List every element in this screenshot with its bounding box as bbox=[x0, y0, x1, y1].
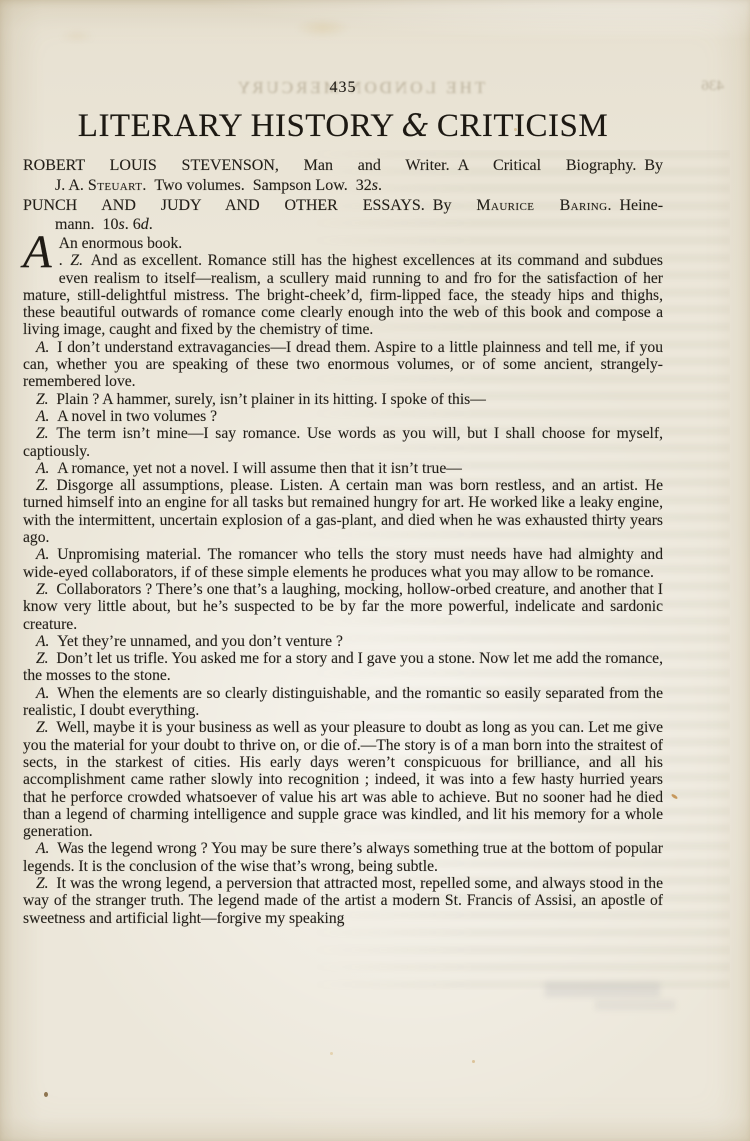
dialogue-paragraph: A. When the elements are so clearly dist… bbox=[23, 685, 663, 720]
speaker-label: Z. bbox=[36, 650, 49, 667]
dialogue-paragraph: A. A romance, yet not a novel. I will as… bbox=[23, 460, 663, 477]
dialogue-paragraph: A. Was the legend wrong ? You may be sur… bbox=[23, 840, 663, 875]
bibliography-text: . bbox=[149, 216, 153, 233]
speaker-label: A. bbox=[36, 339, 49, 356]
speaker-label: A. bbox=[36, 840, 49, 857]
dialogue-paragraph: A. Yet they’re unnamed, and you don’t ve… bbox=[23, 633, 663, 650]
ink-speck bbox=[671, 793, 678, 799]
section-title-text: CRITICISM bbox=[437, 108, 608, 144]
speaker-label: Z. bbox=[36, 719, 49, 736]
bibliography-text: . bbox=[378, 177, 382, 194]
dialogue-paragraph: Z. Disgorge all assumptions, please. Lis… bbox=[23, 477, 663, 546]
bibliography-text: ROBERT LOUIS STEVENSON, Man and Writer. … bbox=[23, 157, 663, 174]
speaker-label: A. bbox=[36, 408, 49, 425]
speaker-label: Z. bbox=[36, 425, 49, 442]
section-title: LITERARY HISTORY&CRITICISM bbox=[23, 108, 663, 145]
dialogue-paragraph: Z. Collaborators ? There’s one that’s a … bbox=[23, 581, 663, 633]
drop-cap: A bbox=[23, 235, 59, 270]
speaker-label: A. bbox=[36, 633, 49, 650]
bibliography-line: mann. 10s. 6d. bbox=[23, 215, 663, 235]
ink-speck bbox=[44, 1092, 48, 1097]
paper-stain bbox=[60, 30, 94, 42]
page-folio: 435 bbox=[23, 79, 663, 97]
opening-first-line: An enormous book. bbox=[59, 235, 182, 252]
dialogue-paragraph: Z. It was the wrong legend, a perversion… bbox=[23, 875, 663, 927]
dialogue-paragraph: Z. The term isn’t mine—I say romance. Us… bbox=[23, 425, 663, 460]
bleedthrough-smudge bbox=[595, 1000, 675, 1010]
bibliography-text: . Two volumes. Sampson Low. 32 bbox=[142, 177, 371, 194]
dialogue-paragraph: Z. Well, maybe it is your business as we… bbox=[23, 719, 663, 840]
bibliography-text: d bbox=[141, 216, 149, 233]
bibliography-line: PUNCH AND JUDY AND OTHER ESSAYS. By Maur… bbox=[23, 196, 663, 216]
dialogue-paragraph: Z. Plain ? A hammer, surely, isn’t plain… bbox=[23, 391, 663, 408]
ink-speck bbox=[330, 1052, 333, 1055]
bibliography-text: Maurice Baring bbox=[476, 197, 607, 214]
bibliography-text: . 6 bbox=[125, 216, 141, 233]
dialogue-paragraph: A. A novel in two volumes ? bbox=[23, 408, 663, 425]
bibliography-text: PUNCH AND JUDY AND OTHER ESSAYS. By bbox=[23, 197, 476, 214]
speaker-label: A. bbox=[36, 685, 49, 702]
bibliography-text: Steuart bbox=[88, 177, 142, 194]
bibliography-text: J. A. bbox=[55, 177, 88, 194]
dialogue-paragraph: Z. Don’t let us trifle. You asked me for… bbox=[23, 650, 663, 685]
bibliography-text: . Heine- bbox=[607, 197, 663, 214]
dialogue-opening-paragraph: AAn enormous book.. Z. And as excellent.… bbox=[23, 235, 663, 339]
speaker-label: Z. bbox=[36, 581, 49, 598]
speaker-label: Z. bbox=[36, 875, 49, 892]
bibliography-text: mann. 10 bbox=[55, 216, 119, 233]
speaker-label: Z. bbox=[36, 477, 49, 494]
speaker-label: A. bbox=[36, 460, 49, 477]
ampersand: & bbox=[402, 108, 430, 144]
paper-stain bbox=[295, 18, 350, 38]
speaker-label: Z. bbox=[36, 391, 49, 408]
bibliography-line: J. A. Steuart. Two volumes. Sampson Low.… bbox=[23, 176, 663, 196]
bibliography: ROBERT LOUIS STEVENSON, Man and Writer. … bbox=[23, 156, 663, 235]
speaker-label: A. bbox=[36, 546, 49, 563]
section-title-text: LITERARY HISTORY bbox=[78, 108, 395, 144]
dialogue-paragraph: A. I don’t understand extravagancies—I d… bbox=[23, 339, 663, 391]
speaker-label: Z. bbox=[70, 252, 83, 269]
bleedthrough-folio: 436 bbox=[672, 78, 724, 95]
dialogue-paragraph: A. Unpromising material. The romancer wh… bbox=[23, 546, 663, 581]
ink-speck bbox=[472, 1060, 475, 1063]
bleedthrough-smudge bbox=[545, 982, 660, 997]
bibliography-line: ROBERT LOUIS STEVENSON, Man and Writer. … bbox=[23, 156, 663, 176]
scanned-page: THE LONDON MERCURY 436 435 LITERARY HIST… bbox=[0, 0, 750, 1141]
dialogue: AAn enormous book.. Z. And as excellent.… bbox=[23, 235, 663, 927]
